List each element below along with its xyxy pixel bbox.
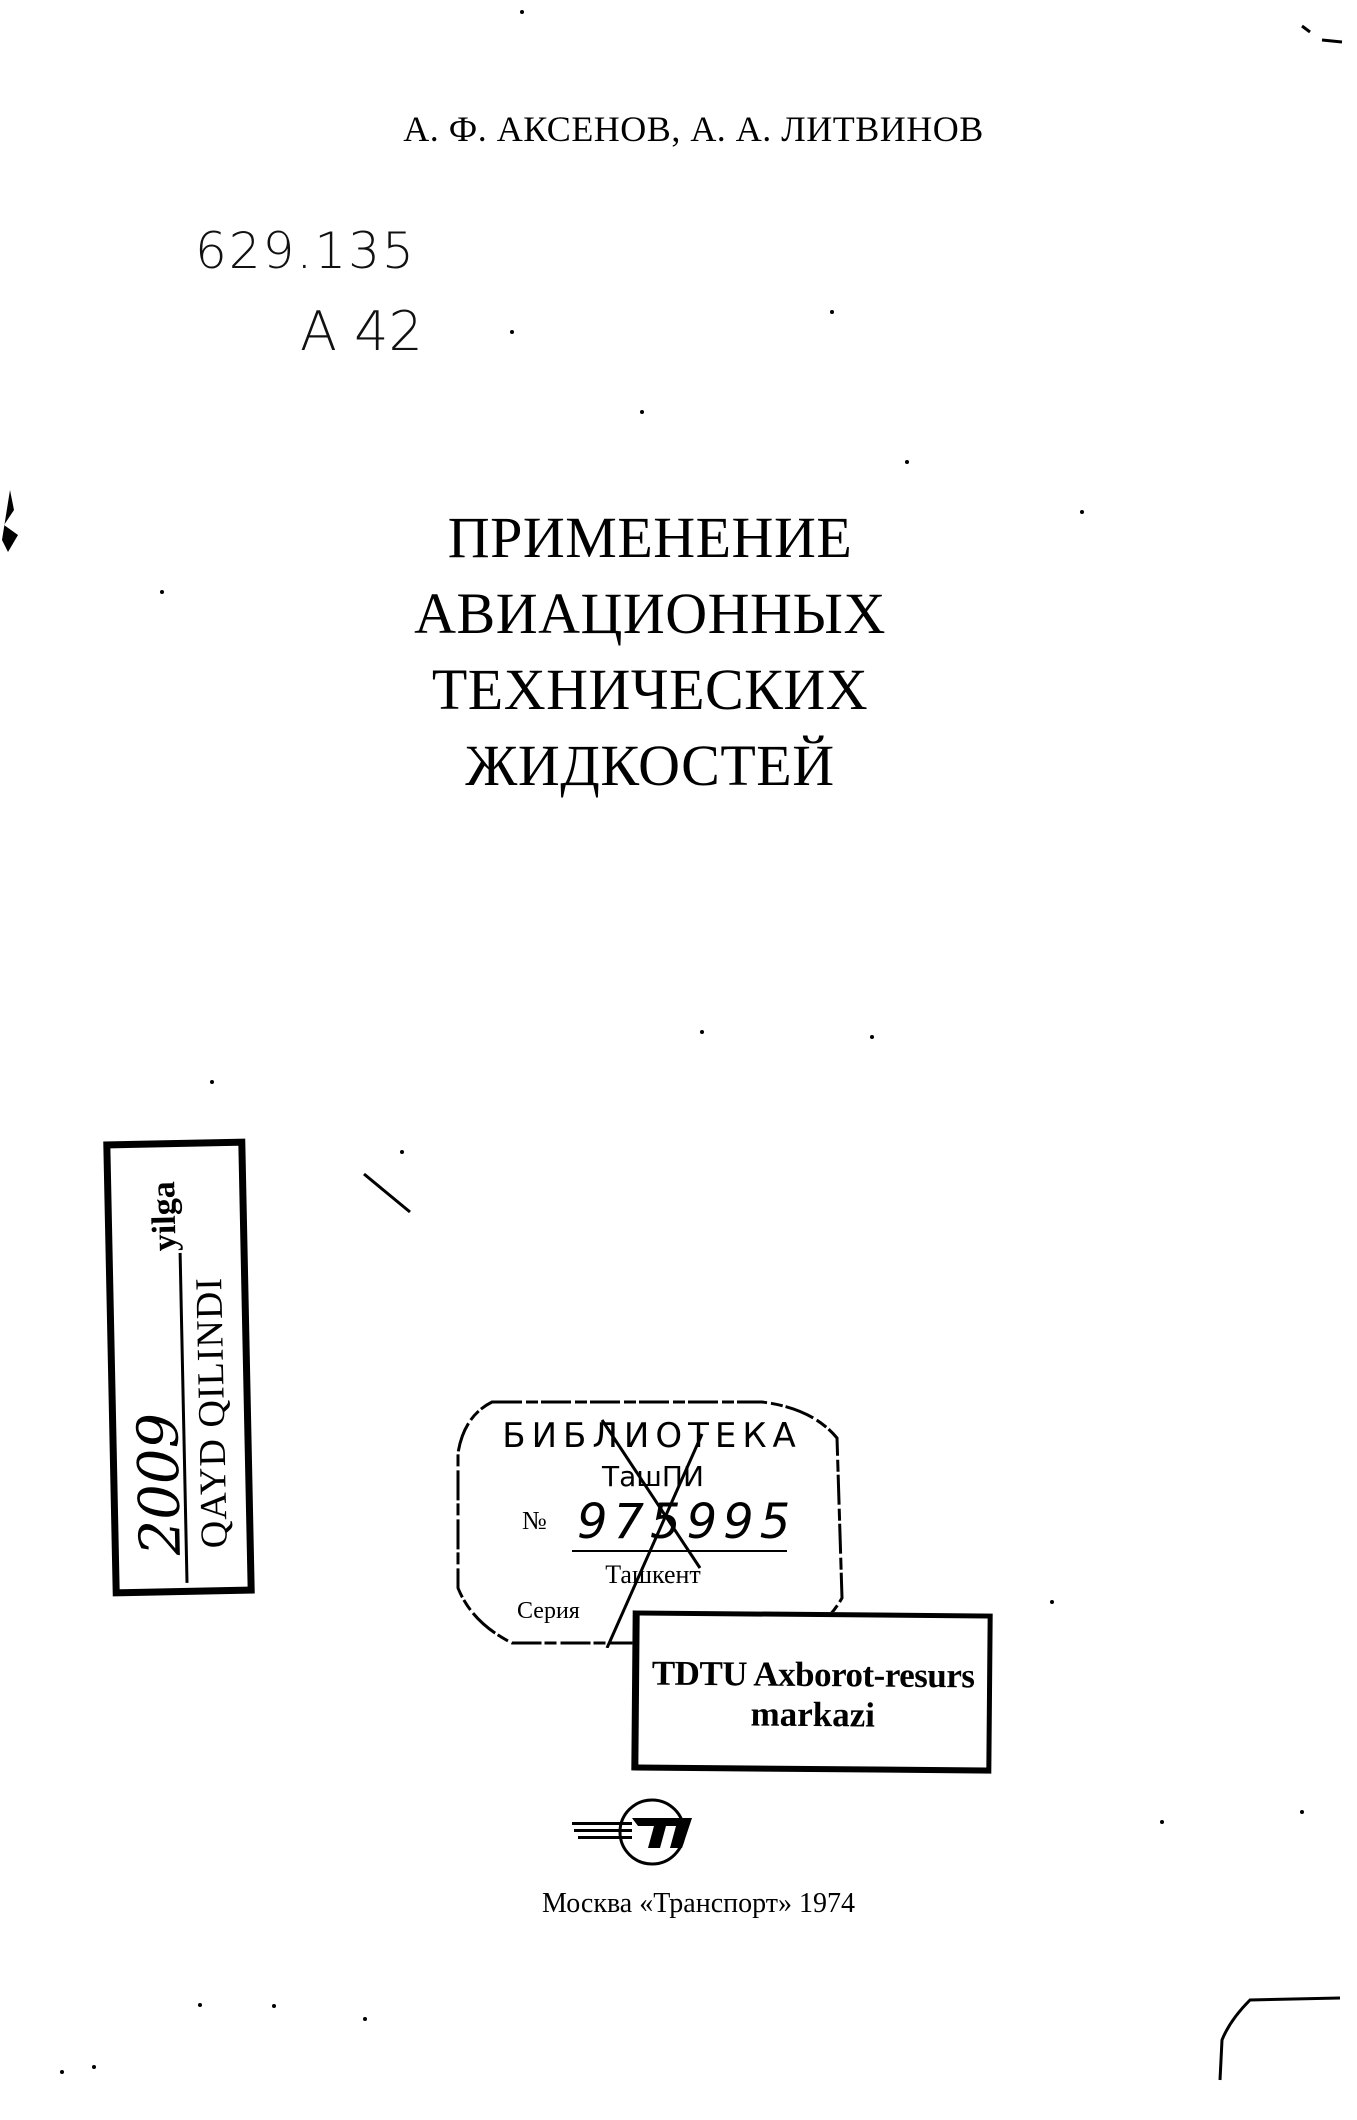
library-number-underline — [572, 1550, 787, 1552]
speck — [1080, 510, 1084, 514]
speck — [210, 1080, 214, 1084]
speck — [1160, 1820, 1164, 1824]
library-number-label: № — [522, 1506, 547, 1536]
library-institution: ТашПИ — [452, 1460, 854, 1493]
title-line: ТЕХНИЧЕСКИХ — [380, 652, 920, 728]
edge-mark — [1300, 22, 1350, 52]
speck — [510, 330, 514, 334]
tdtu-stamp-line1: TDTU Axborot-resurs — [639, 1653, 987, 1696]
pencil-stroke — [360, 1170, 420, 1220]
library-series-label: Серия — [517, 1598, 580, 1625]
speck — [160, 590, 164, 594]
tdtu-stamp-line2: markazi — [639, 1693, 987, 1736]
speck — [198, 2003, 202, 2007]
speck — [272, 2004, 276, 2008]
book-title: ПРИМЕНЕНИЕ АВИАЦИОННЫХ ТЕХНИЧЕСКИХ ЖИДКО… — [380, 500, 920, 804]
library-heading: БИБЛИОТЕКА — [482, 1416, 822, 1456]
authors: А. Ф. АКСЕНОВ, А. А. ЛИТВИНОВ — [0, 108, 1357, 150]
title-line: ПРИМЕНЕНИЕ — [380, 500, 920, 576]
tdtu-stamp: TDTU Axborot-resurs markazi — [631, 1610, 992, 1773]
speck — [520, 10, 524, 14]
speck — [905, 460, 909, 464]
speck — [700, 1030, 704, 1034]
speck — [60, 2070, 64, 2074]
library-inventory-number: 975995 — [577, 1494, 796, 1550]
publisher-logo-icon — [570, 1792, 730, 1872]
speck — [1050, 1600, 1054, 1604]
title-line: ЖИДКОСТЕЙ — [380, 728, 920, 804]
speck — [92, 2065, 96, 2069]
speck — [363, 2017, 367, 2021]
speck — [870, 1035, 874, 1039]
speck — [830, 310, 834, 314]
publisher-imprint: Москва «Транспорт» 1974 — [0, 1888, 1357, 1920]
speck — [640, 410, 644, 414]
registration-text: QAYD QILINDI — [187, 1276, 237, 1548]
title-line: АВИАЦИОННЫХ — [380, 576, 920, 652]
speck — [1300, 1810, 1304, 1814]
registration-stamp: 2009 yilga QAYD QILINDI — [103, 1139, 254, 1597]
call-number-author-mark: А 42 — [300, 300, 423, 363]
call-number-udc: 629.135 — [195, 222, 416, 280]
registration-suffix: yilga — [145, 1180, 184, 1251]
corner-mark — [1210, 1980, 1350, 2100]
library-city: Ташкент — [452, 1560, 854, 1590]
edge-blot — [0, 480, 22, 560]
speck — [400, 1150, 404, 1154]
